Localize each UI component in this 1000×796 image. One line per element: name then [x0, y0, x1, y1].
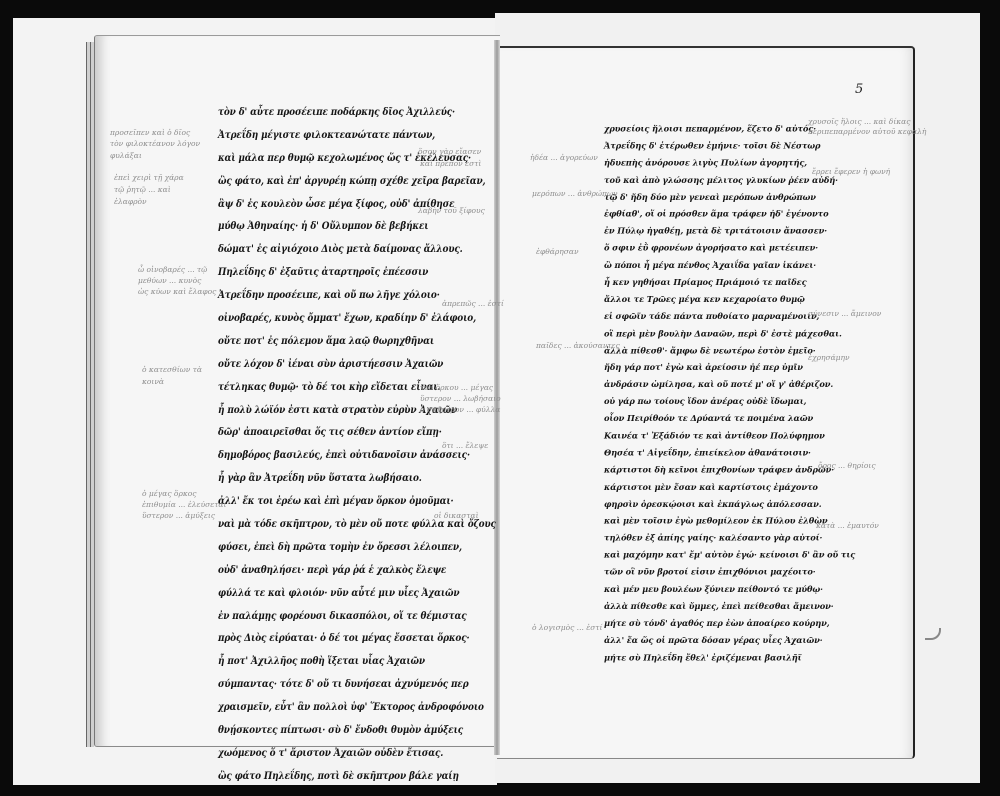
text-line: τηλόθεν ἐξ ἀπίης γαίης· καλέσαντο γὰρ αὐ… — [604, 530, 855, 547]
text-line: δώματ' ἐς αἰγιόχοιο Διὸς μετὰ δαίμονας ἄ… — [218, 238, 496, 261]
margin-gloss: κατὰ ... ἐμαυτόν — [816, 520, 879, 531]
margin-gloss: ἐλαφρὸν — [114, 196, 147, 207]
text-line: ἐφθίαθ', οἵ οἱ πρόσθεν ἅμα τράφεν ἠδ' ἐγ… — [604, 206, 855, 223]
text-line: θνῄσκοντες πίπτωσι· σὺ δ' ἔνδοθι θυμὸν ἀ… — [218, 719, 496, 742]
margin-gloss: ὁ λογισμὸς ... ἐστί — [532, 622, 602, 633]
text-line: ἦ γὰρ ἂν Ἀτρεΐδη νῦν ὕστατα λωβήσαιο. — [218, 467, 496, 490]
text-line: μήτε σὺ τόνδ' ἀγαθός περ ἐὼν ἀποαίρεο κο… — [604, 616, 855, 633]
margin-gloss: μεθύων ... κυνὸς — [138, 275, 201, 286]
text-line: ὣς φάτο Πηλεΐδης, ποτὶ δὲ σκῆπτρον βάλε … — [218, 765, 496, 788]
margin-gloss: ἐφθάρησαν — [536, 246, 579, 257]
text-line: χωόμενος ὅ τ' ἄριστον Ἀχαιῶν οὐδὲν ἔτισα… — [218, 742, 496, 765]
text-line: Πηλεΐδης δ' ἐξαῦτις ἀταρτηροῖς ἐπέεσσιν — [218, 261, 496, 284]
text-line: ἀλλ' ἔα ὥς οἱ πρῶτα δόσαν γέρας υἷες Ἀχα… — [604, 633, 855, 650]
text-line: τὸν δ' αὖτε προσέειπε ποδάρκης δῖος Ἀχιλ… — [218, 101, 496, 124]
margin-gloss: μερόπων ... ἀνθρώπων — [532, 188, 618, 199]
margin-gloss: ἀπρεπῶς ... ἐστί — [442, 298, 504, 309]
margin-gloss: ὄρος ... θηρίοις — [818, 460, 876, 471]
text-line: οὔτε λόχον δ' ἰέναι σὺν ἀριστήεσσιν Ἀχαι… — [218, 353, 496, 376]
margin-gloss: ὅσον γὰρ εἴασεν — [418, 146, 481, 157]
text-line: τῷ δ' ἤδη δύο μὲν γενεαὶ μερόπων ἀνθρώπω… — [604, 189, 855, 206]
margin-gloss: προσεῖπεν καὶ ὁ δῖος — [110, 127, 190, 138]
margin-gloss: τῷ ῥητῷ ... καὶ — [114, 184, 171, 195]
text-line: μήτε σὺ Πηλεΐδη ἔθελ' ἐριζέμεναι βασιλῆϊ — [604, 650, 855, 667]
margin-gloss: ὕστερον ... λωβήσαιο — [420, 393, 501, 404]
text-line: ἄλλοι τε Τρῶες μέγα κεν κεχαροίατο θυμῷ — [604, 292, 855, 309]
margin-gloss: τὸν φιλοκτέανον λόγον — [110, 138, 200, 149]
right-page-main-text: χρυσείοις ἥλοισι πεπαρμένον, ἕζετο δ' αὐ… — [604, 121, 855, 667]
margin-gloss: ὁ σκῆπτρον ... φύλλα — [420, 404, 500, 415]
text-line: ὣς φάτο, καὶ ἐπ' ἀργυρέῃ κώπῃ σχέθε χεῖρ… — [218, 170, 496, 193]
text-line: πρὸς Διὸς εἰρύαται· ὁ δέ τοι μέγας ἔσσετ… — [218, 627, 496, 650]
margin-gloss: ὁ κατεσθίων τὰ — [142, 364, 202, 375]
text-line: οἷον Πειρίθοόν τε Δρύαντά τε ποιμένα λαῶ… — [604, 411, 855, 428]
text-line: Ἀτρεΐδης δ' ἑτέρωθεν ἐμήνιε· τοῖσι δὲ Νέ… — [604, 138, 855, 155]
margin-gloss: οἱ δικασταὶ — [434, 510, 479, 521]
text-line: μύθῳ Ἀθηναίης· ἡ δ' Οὔλυμπον δὲ βεβήκει — [218, 215, 496, 238]
text-line: καὶ μαχόμην κατ' ἔμ' αὐτὸν ἐγώ· κείνοισι… — [604, 547, 855, 564]
text-line: ἀνδράσιν ὡμίλησα, καὶ οὔ ποτέ μ' οἵ γ' ἀ… — [604, 377, 855, 394]
text-line: ὢ πόποι ἦ μέγα πένθος Ἀχαιΐδα γαῖαν ἱκάν… — [604, 257, 855, 274]
text-line: οἰνοβαρές, κυνὸς ὄμματ' ἔχων, κραδίην δ'… — [218, 307, 496, 330]
margin-gloss: ὡς κύων καὶ ἔλαφος — [138, 286, 216, 297]
margin-gloss: καὶ πρέπον ἐστὶ — [420, 158, 481, 169]
text-line: ἦ ποτ' Ἀχιλλῆος ποθὴ ἵξεται υἷας Ἀχαιῶν — [218, 650, 496, 673]
margin-gloss: περιπεπαρμένον αὐτοῦ κεφαλὴ — [808, 126, 926, 137]
text-line: χραισμεῖν, εὖτ' ἂν πολλοὶ ὑφ' Ἕκτορος ἀν… — [218, 696, 496, 719]
text-line: οὐ γάρ πω τοίους ἴδον ἀνέρας οὐδὲ ἴδωμαι… — [604, 394, 855, 411]
margin-gloss: ὕστερον ... ἀμύξεις — [142, 510, 215, 521]
margin-gloss: ἐπιθυμία ... ἐλεύσεται — [142, 499, 226, 510]
text-line: καὶ μέν μευ βουλέων ξύνιεν πείθοντό τε μ… — [604, 581, 855, 598]
margin-gloss: ἐπεὶ χειρὶ τῇ χάρα — [114, 172, 184, 183]
text-line: φύλλά τε καὶ φλοιόν· νῦν αὖτέ μιν υἷες Ἀ… — [218, 582, 496, 605]
text-line: φηρσὶν ὀρεσκῴοισι καὶ ἐκπάγλως ἀπόλεσσαν… — [604, 496, 855, 513]
margin-gloss: ὦ οἰνοβαρές ... τῷ — [138, 264, 207, 275]
text-line: οἳ περὶ μὲν βουλὴν Δαναῶν, περὶ δ' ἐστὲ … — [604, 326, 855, 343]
text-line: Καινέα τ' Ἐξάδιόν τε καὶ ἀντίθεον Πολύφη… — [604, 428, 855, 445]
margin-gloss: ὅτι ... ἔλεψε — [442, 440, 488, 451]
margin-gloss: σύνεσιν ... ἄμεινον — [808, 308, 881, 319]
text-line: φύσει, ἐπεὶ δὴ πρῶτα τομὴν ἐν ὄρεσσι λέλ… — [218, 536, 496, 559]
text-line: τῶν οἳ νῦν βροτοί εἰσιν ἐπιχθόνιοι μαχέο… — [604, 564, 855, 581]
text-line: ἐν παλάμῃς φορέουσι δικασπόλοι, οἵ τε θέ… — [218, 605, 496, 628]
margin-gloss: κοινὰ — [142, 376, 164, 387]
text-line: ὅ σφιν ἐῢ φρονέων ἀγορήσατο καὶ μετέειπε… — [604, 240, 855, 257]
margin-gloss: ἡδέα ... ἀγορεύων — [530, 152, 598, 163]
text-line: Ἀτρεΐδη μέγιστε φιλοκτεανώτατε πάντων, — [218, 124, 496, 147]
margin-gloss: ὁ μέγας ὅρκος — [142, 488, 197, 499]
margin-gloss: λαβὴν τοῦ ξίφους — [418, 205, 485, 216]
folio-number: 5 — [855, 82, 863, 97]
margin-gloss: ἔρρει ἔφερεν ἡ φωνή — [812, 166, 890, 177]
text-line: ἦ κεν γηθήσαι Πρίαμος Πριάμοιό τε παῖδες — [604, 274, 855, 291]
text-line: ἐν Πύλῳ ἠγαθέῃ, μετὰ δὲ τριτάτοισιν ἄνασ… — [604, 223, 855, 240]
text-line: οὔτε ποτ' ἐς πόλεμον ἅμα λαῷ θωρηχθῆναι — [218, 330, 496, 353]
margin-gloss: τοῦ ὅρκου ... μέγας — [420, 382, 493, 393]
text-line: ἀλλὰ πίθεσθε καὶ ὔμμες, ἐπεὶ πείθεσθαι ἄ… — [604, 598, 855, 615]
margin-gloss: φυλάξαι — [110, 150, 142, 161]
margin-gloss: παῖδες ... ἀκούσαντες — [536, 340, 620, 351]
text-line: οὐδ' ἀναθηλήσει· περὶ γάρ ῥά ἑ χαλκὸς ἔλ… — [218, 559, 496, 582]
margin-gloss: ἐχρησάμην — [808, 352, 850, 363]
text-line: σύμπαντας· τότε δ' οὔ τι δυνήσεαι ἀχνύμε… — [218, 673, 496, 696]
text-line: κάρτιστοι μὲν ἔσαν καὶ καρτίστοις ἐμάχον… — [604, 479, 855, 496]
